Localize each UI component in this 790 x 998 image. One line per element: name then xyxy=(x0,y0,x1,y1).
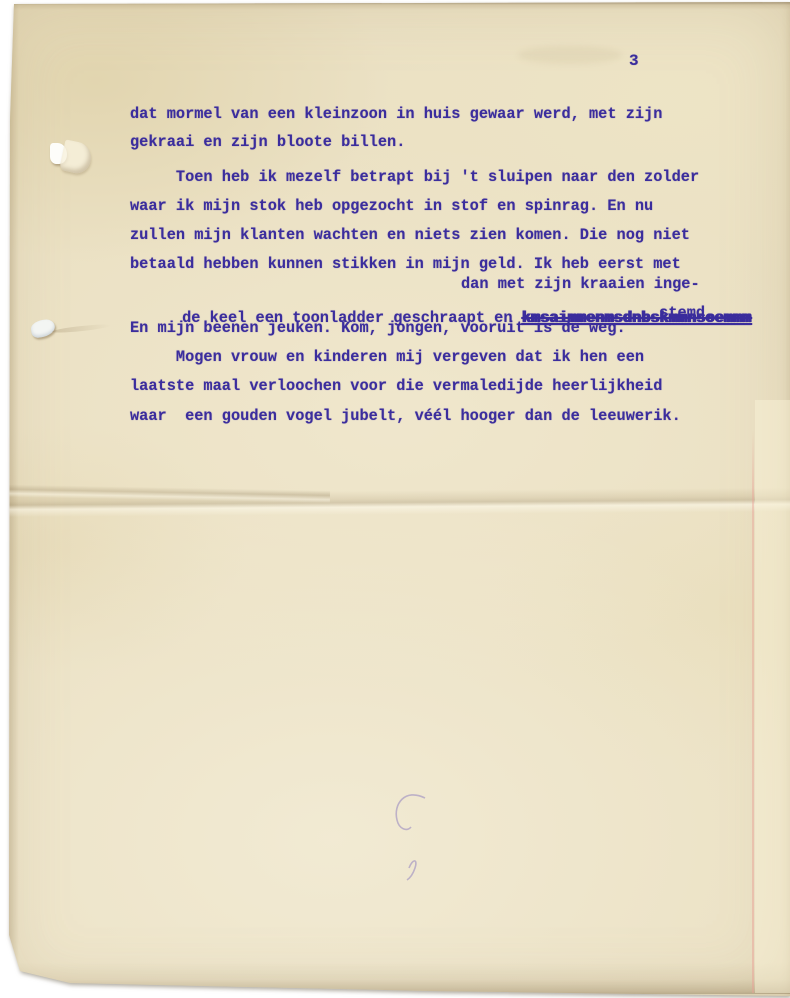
pink-edge-line xyxy=(752,430,754,993)
typed-line: waar een gouden vogel jubelt, véél hooge… xyxy=(130,406,681,426)
paper-tear-flap xyxy=(59,139,94,175)
paper-bottom-edge-shadow xyxy=(0,962,790,994)
typed-line: En mijn beenen jeuken. Kom, jongen, voor… xyxy=(130,318,626,338)
page-number: 3 xyxy=(629,52,639,70)
paper-tear-shadow xyxy=(52,323,112,334)
typed-line: zullen mijn klanten wachten en niets zie… xyxy=(130,225,690,245)
typed-line: Toen heb ik mezelf betrapt bij 't sluipe… xyxy=(130,167,699,187)
paper-sheet: 3 dat mormel van een kleinzoon in huis g… xyxy=(0,0,790,998)
typed-line: waar ik mijn stok heb opgezocht in stof … xyxy=(130,196,653,216)
typed-line: gekraai en zijn bloote billen. xyxy=(130,132,405,152)
paper-top-edge-shadow xyxy=(0,0,790,10)
faint-smudge xyxy=(518,46,622,64)
typed-line: betaald hebben kunnen stikken in mijn ge… xyxy=(130,254,681,274)
scanned-typewritten-page: { "colors": { "ink": "#3b2d9d", "paper":… xyxy=(0,0,790,998)
correction-suffix: _stemd. xyxy=(650,303,714,323)
paper-tear xyxy=(30,318,56,338)
typed-line: dat mormel van een kleinzoon in huis gew… xyxy=(130,104,662,124)
right-edge-light-band xyxy=(755,400,790,993)
faint-ink-squiggle-mark xyxy=(385,788,445,888)
typed-line: Mogen vrouw en kinderen mij vergeven dat… xyxy=(130,347,644,367)
typed-line: laatste maal verloochen voor die vermale… xyxy=(130,376,662,396)
scanner-background: 3 dat mormel van een kleinzoon in huis g… xyxy=(0,0,790,998)
